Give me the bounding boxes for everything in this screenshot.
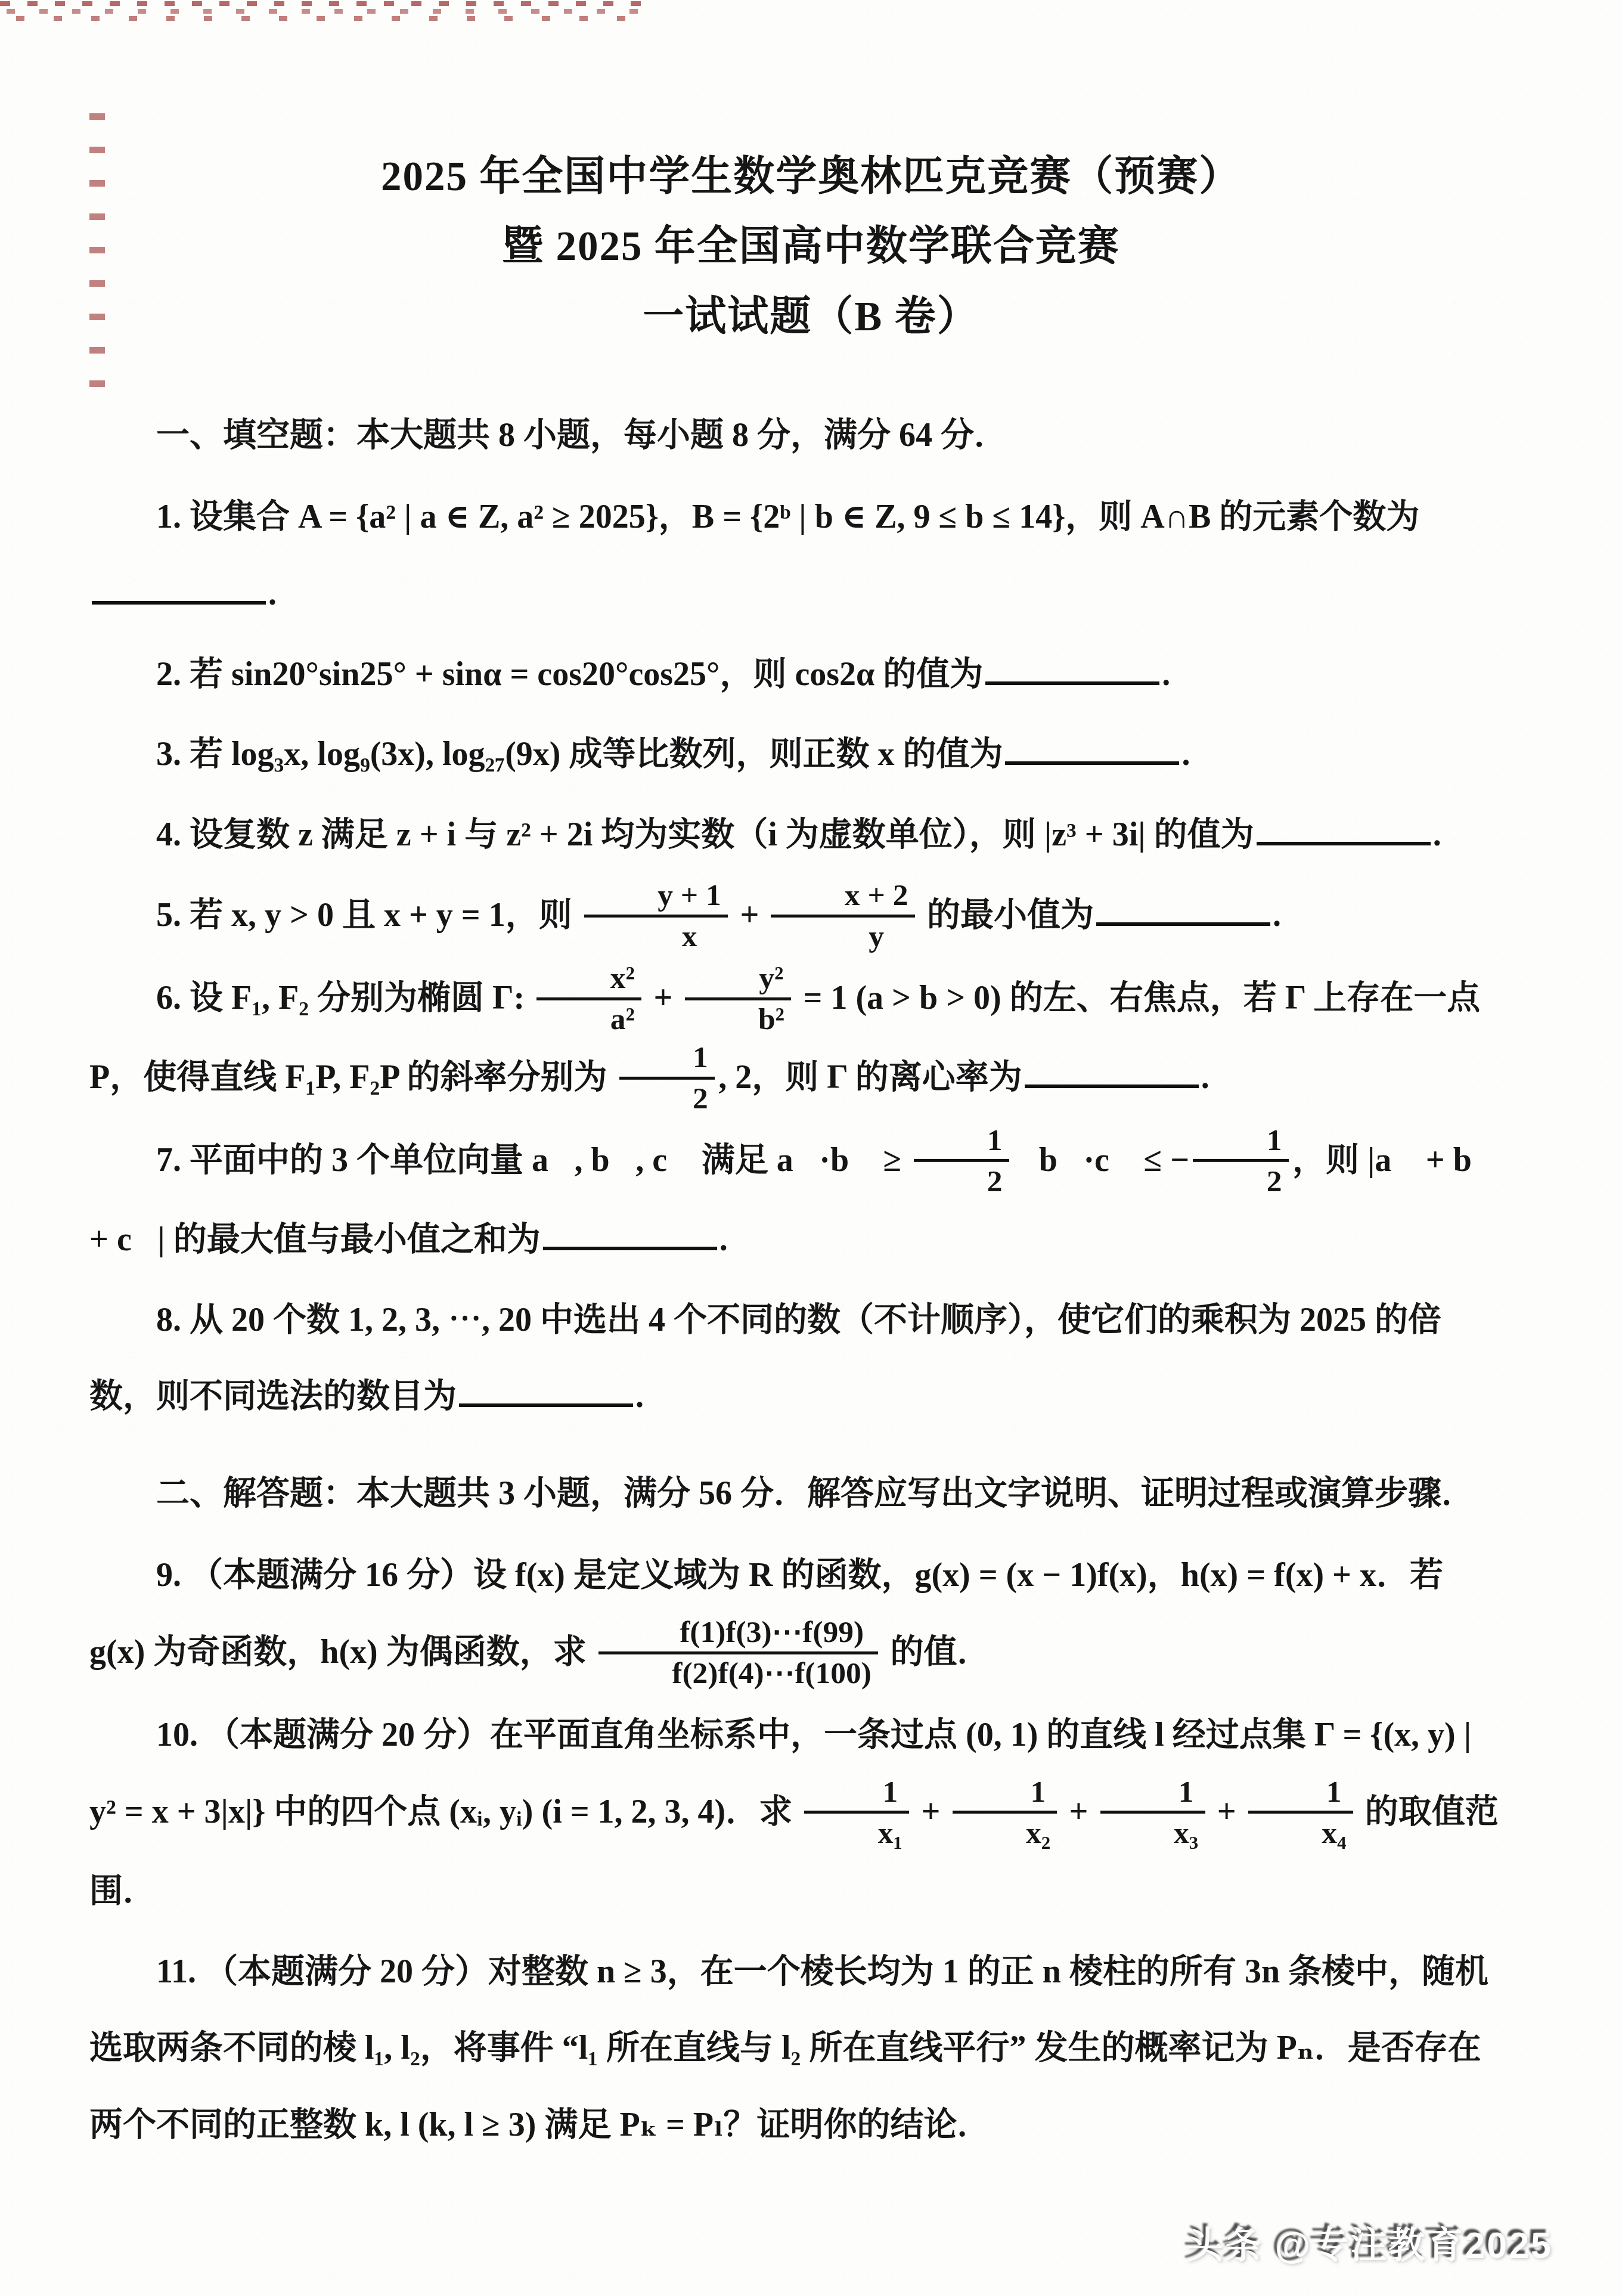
- fraction-denominator: 2: [1193, 1159, 1288, 1198]
- fraction-numerator: y²: [685, 960, 792, 997]
- fraction-denominator: 2: [914, 1159, 1009, 1198]
- fraction: y + 1x: [584, 878, 728, 954]
- fraction-numerator: f(1)f(3)⋯f(99): [598, 1615, 878, 1651]
- fraction: 12: [1193, 1123, 1288, 1199]
- problem-10: 10. （本题满分 20 分）在平面直角坐标系中，一条过点 (0, 1) 的直线…: [89, 1697, 1503, 1930]
- answer-blank: [1096, 893, 1270, 926]
- fraction-numerator: x²: [536, 960, 641, 997]
- fraction-denominator: a²: [536, 997, 641, 1037]
- text-run: , 2，则 Γ 的离心率为: [718, 1059, 1022, 1096]
- text-run: 4. 设复数 z 满足 z + i 与 z² + 2i 均为实数（i 为虚数单位…: [156, 816, 1254, 853]
- fraction: 12: [619, 1040, 715, 1116]
- fraction-denominator: x₄: [1248, 1811, 1353, 1850]
- answer-blank: [459, 1374, 633, 1407]
- answer-blank: [1257, 812, 1431, 845]
- section-1-heading: 一、填空题：本大题共 8 小题，每小题 8 分，满分 64 分．: [89, 403, 1503, 468]
- problem-8: 8. 从 20 个数 1, 2, 3, ⋯, 20 中选出 4 个不同的数（不计…: [89, 1282, 1503, 1436]
- text-run: +: [645, 980, 681, 1017]
- problem-9: 9. （本题满分 16 分）设 f(x) 是定义域为 R 的函数，g(x) = …: [89, 1537, 1503, 1693]
- fraction-denominator: x₂: [953, 1811, 1057, 1850]
- fraction-denominator: y: [771, 915, 914, 954]
- problem-6: 6. 设 F₁, F₂ 分别为椭圆 Γ: x²a² + y²b² = 1 (a …: [89, 960, 1503, 1118]
- answer-blank: [1005, 732, 1179, 765]
- text-run: +: [913, 1793, 948, 1830]
- answer-blank: [92, 571, 266, 604]
- problem-2: 2. 若 sin20°sin25° + sinα = cos20°cos25°，…: [89, 636, 1503, 713]
- fraction-numerator: 1: [804, 1774, 909, 1811]
- exam-title-block: 2025 年全国中学生数学奥林匹克竞赛（预赛） 暨 2025 年全国高中数学联合…: [0, 0, 1622, 352]
- answer-blank: [985, 651, 1159, 684]
- text-run: 8. 从 20 个数 1, 2, 3, ⋯, 20 中选出 4 个不同的数（不计…: [89, 1302, 1441, 1415]
- fraction: 12: [914, 1123, 1009, 1199]
- text-run: .: [1433, 816, 1441, 853]
- text-run: +: [1061, 1793, 1097, 1830]
- text-run: .: [1273, 897, 1281, 934]
- text-run: .: [268, 575, 277, 612]
- fraction-numerator: y + 1: [584, 878, 728, 914]
- fraction-denominator: x: [584, 915, 728, 954]
- fraction-denominator: x₁: [804, 1811, 909, 1850]
- answer-blank: [543, 1216, 717, 1250]
- text-run: .: [719, 1221, 728, 1258]
- text-run: 7. 平面中的 3 个单位向量 a⃗, b⃗, c⃗ 满足 a⃗·b⃗ ≥: [156, 1142, 910, 1179]
- fraction: 1x₁: [804, 1774, 909, 1851]
- fraction-numerator: 1: [619, 1040, 715, 1076]
- text-run: 2. 若 sin20°sin25° + sinα = cos20°cos25°，…: [156, 656, 983, 693]
- text-run: 1. 设集合 A = {a² | a ∈ Z, a² ≥ 2025}，B = {…: [156, 498, 1419, 535]
- title-line-3: 一试试题（B 卷）: [0, 282, 1622, 352]
- text-run: +: [731, 897, 767, 934]
- scan-artifact-top: [0, 0, 651, 21]
- text-run: .: [1181, 736, 1190, 773]
- problem-4: 4. 设复数 z 满足 z + i 与 z² + 2i 均为实数（i 为虚数单位…: [89, 797, 1503, 873]
- text-run: .: [635, 1378, 644, 1415]
- fraction-denominator: f(2)f(4)⋯f(100): [598, 1651, 878, 1691]
- problem-5: 5. 若 x, y > 0 且 x + y = 1，则 y + 1x + x +…: [89, 877, 1503, 956]
- exam-page: 2025 年全国中学生数学奥林匹克竞赛（预赛） 暨 2025 年全国高中数学联合…: [0, 0, 1622, 2296]
- fraction: 1x₄: [1248, 1774, 1353, 1851]
- fraction-denominator: b²: [685, 997, 792, 1037]
- title-line-2: 暨 2025 年全国高中数学联合竞赛: [0, 212, 1622, 281]
- text-run: 5. 若 x, y > 0 且 x + y = 1，则: [156, 897, 581, 934]
- fraction-numerator: 1: [1100, 1774, 1205, 1811]
- text-run: 3. 若 log₃x, log₉(3x), log₂₇(9x) 成等比数列，则正…: [156, 736, 1003, 773]
- text-run: .: [1162, 656, 1170, 693]
- answer-blank: [1025, 1055, 1199, 1088]
- fraction-numerator: 1: [953, 1774, 1057, 1811]
- section-2-heading: 二、解答题：本大题共 3 小题，满分 56 分．解答应写出文字说明、证明过程或演…: [89, 1461, 1503, 1526]
- text-run: 的值．: [882, 1634, 990, 1671]
- fraction-numerator: x + 2: [771, 878, 914, 914]
- document-body: 一、填空题：本大题共 8 小题，每小题 8 分，满分 64 分．1. 设集合 A…: [89, 403, 1503, 2164]
- fraction: y²b²: [685, 960, 792, 1037]
- fraction-numerator: 1: [914, 1123, 1009, 1159]
- fraction: f(1)f(3)⋯f(99)f(2)f(4)⋯f(100): [598, 1615, 878, 1691]
- problem-1: 1. 设集合 A = {a² | a ∈ Z, a² ≥ 2025}，B = {…: [89, 479, 1503, 633]
- fraction-denominator: x₃: [1100, 1811, 1205, 1850]
- problem-3: 3. 若 log₃x, log₉(3x), log₂₇(9x) 成等比数列，则正…: [89, 716, 1503, 793]
- fraction: x²a²: [536, 960, 641, 1037]
- text-run: ，b⃗·c⃗ ≤ −: [1013, 1142, 1189, 1179]
- fraction: 1x₃: [1100, 1774, 1205, 1851]
- fraction: 1x₂: [953, 1774, 1057, 1851]
- text-run: 11. （本题满分 20 分）对整数 n ≥ 3，在一个棱长均为 1 的正 n …: [89, 1953, 1488, 2144]
- fraction: x + 2y: [771, 878, 914, 954]
- fraction-numerator: 1: [1248, 1774, 1353, 1811]
- text-run: .: [1201, 1059, 1209, 1096]
- problem-11: 11. （本题满分 20 分）对整数 n ≥ 3，在一个棱长均为 1 的正 n …: [89, 1934, 1503, 2164]
- text-run: 的最小值为: [919, 897, 1094, 934]
- problem-7: 7. 平面中的 3 个单位向量 a⃗, b⃗, c⃗ 满足 a⃗·b⃗ ≥ 12…: [89, 1122, 1503, 1278]
- scan-artifact-left: [89, 113, 105, 399]
- text-run: 6. 设 F₁, F₂ 分别为椭圆 Γ:: [156, 980, 533, 1017]
- text-run: +: [1209, 1793, 1245, 1830]
- title-line-1: 2025 年全国中学生数学奥林匹克竞赛（预赛）: [0, 142, 1622, 212]
- footer-watermark: 头条 @专注教育2025: [1187, 2217, 1553, 2269]
- fraction-numerator: 1: [1193, 1123, 1288, 1159]
- fraction-denominator: 2: [619, 1076, 715, 1116]
